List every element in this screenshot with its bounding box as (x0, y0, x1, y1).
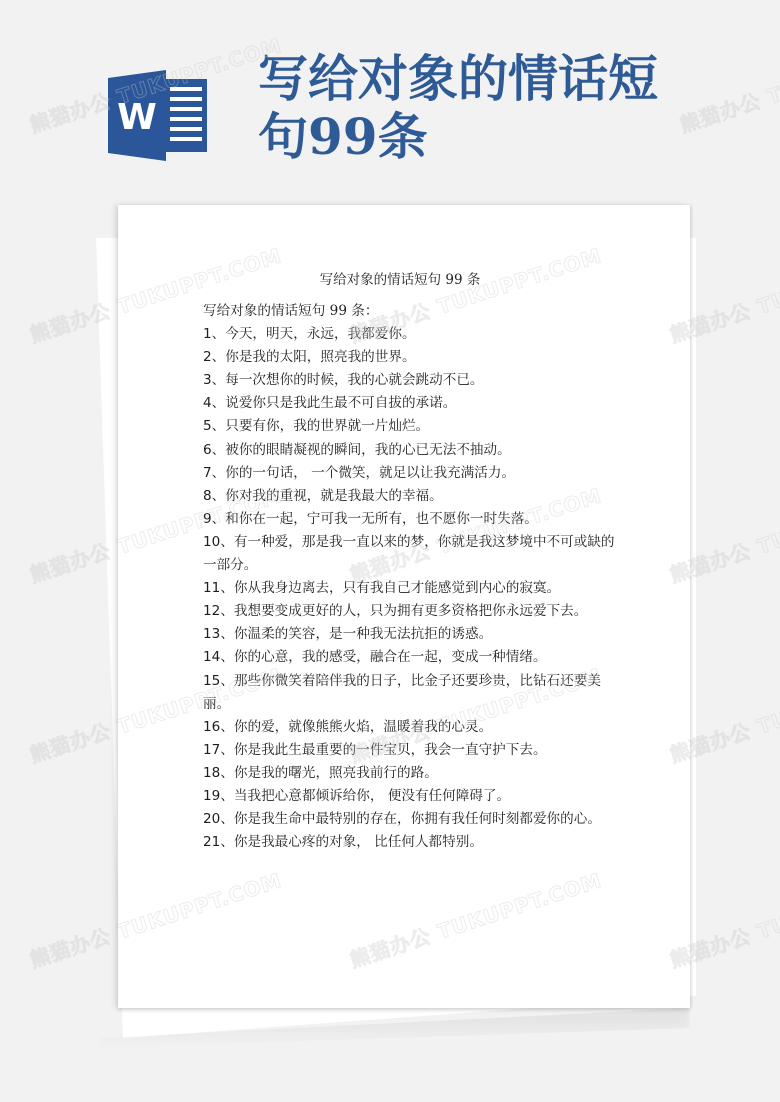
item-text: 、你是我最心疼的对象， 比任何人都特别。 (220, 834, 483, 850)
header: W 写给对象的情话短句99条 (0, 0, 780, 190)
list-item: 19、当我把心意都倾诉给你， 便没有任何障碍了。 (203, 785, 618, 808)
item-text: 、你对我的重视，就是我最大的幸福。 (212, 488, 443, 504)
list-item: 5、只要有你，我的世界就一片灿烂。 (203, 415, 618, 438)
item-text: 、当我把心意都倾诉给你， 便没有任何障碍了。 (220, 788, 510, 804)
item-number: 3 (203, 372, 212, 388)
list-item: 15、那些你微笑着陪伴我的日子，比金子还要珍贵，比钻石还要美丽。 (203, 670, 618, 716)
list-item: 7、你的一句话， 一个微笑，就足以让我充满活力。 (203, 462, 618, 485)
item-number: 7 (203, 465, 212, 481)
item-number: 2 (203, 349, 212, 365)
item-number: 20 (203, 811, 220, 827)
item-number: 9 (203, 511, 212, 527)
list-item: 8、你对我的重视，就是我最大的幸福。 (203, 485, 618, 508)
item-number: 6 (203, 442, 212, 458)
item-text: 、今天，明天，永远，我都爱你。 (212, 326, 416, 342)
item-number: 21 (203, 834, 220, 850)
item-number: 14 (203, 649, 220, 665)
list-item: 9、和你在一起，宁可我一无所有，也不愿你一时失落。 (203, 508, 618, 531)
item-text: 、你的一句话， 一个微笑，就足以让我充满活力。 (212, 465, 515, 481)
item-text: 、被你的眼睛凝视的瞬间，我的心已无法不抽动。 (212, 442, 511, 458)
item-text: 、只要有你，我的世界就一片灿烂。 (212, 418, 430, 434)
item-text: 、你是我的曙光，照亮我前行的路。 (220, 765, 438, 781)
list-item: 17、你是我此生最重要的一件宝贝，我会一直守护下去。 (203, 739, 618, 762)
list-item: 2、你是我的太阳，照亮我的世界。 (203, 346, 618, 369)
item-text: 、和你在一起，宁可我一无所有，也不愿你一时失落。 (212, 511, 538, 527)
word-icon: W (108, 68, 210, 162)
item-list: 1、今天，明天，永远，我都爱你。2、你是我的太阳，照亮我的世界。3、每一次想你的… (203, 323, 618, 854)
item-number: 5 (203, 418, 212, 434)
item-number: 4 (203, 395, 212, 411)
list-item: 10、有一种爱，那是我一直以来的梦，你就是我这梦境中不可或缺的一部分。 (203, 531, 618, 577)
item-text: 、你是我的太阳，照亮我的世界。 (212, 349, 416, 365)
list-item: 4、说爱你只是我此生最不可自拔的承诺。 (203, 392, 618, 415)
item-text: 、我想要变成更好的人，只为拥有更多资格把你永远爱下去。 (220, 603, 587, 619)
item-number: 10 (203, 534, 220, 550)
item-text: 、你是我生命中最特别的存在，你拥有我任何时刻都爱你的心。 (220, 811, 601, 827)
item-number: 12 (203, 603, 220, 619)
item-text: 、你是我此生最重要的一件宝贝，我会一直守护下去。 (220, 742, 546, 758)
svg-text:W: W (117, 97, 157, 138)
item-text: 、你的心意，我的感受，融合在一起，变成一种情绪。 (220, 649, 546, 665)
page-title: 写给对象的情话短句99条 (258, 50, 698, 166)
item-text: 、每一次想你的时候，我的心就会跳动不已。 (212, 372, 484, 388)
item-text: 、你的爱，就像熊熊火焰，温暖着我的心灵。 (220, 719, 492, 735)
list-item: 21、你是我最心疼的对象， 比任何人都特别。 (203, 831, 618, 854)
list-item: 6、被你的眼睛凝视的瞬间，我的心已无法不抽动。 (203, 439, 618, 462)
item-number: 16 (203, 719, 220, 735)
item-text: 、有一种爱，那是我一直以来的梦，你就是我这梦境中不可或缺的一部分。 (203, 534, 615, 573)
item-number: 11 (203, 580, 220, 596)
item-number: 19 (203, 788, 220, 804)
document-page: 写给对象的情话短句 99 条 写给对象的情话短句 99 条： 1、今天，明天，永… (118, 205, 690, 1008)
item-text: 、你温柔的笑容，是一种我无法抗拒的诱惑。 (220, 626, 492, 642)
list-item: 20、你是我生命中最特别的存在，你拥有我任何时刻都爱你的心。 (203, 808, 618, 831)
item-text: 、你从我身边离去，只有我自己才能感觉到内心的寂寞。 (220, 580, 560, 596)
list-item: 3、每一次想你的时候，我的心就会跳动不已。 (203, 369, 618, 392)
document-body: 写给对象的情话短句 99 条： 1、今天，明天，永远，我都爱你。2、你是我的太阳… (203, 300, 618, 854)
list-item: 11、你从我身边离去，只有我自己才能感觉到内心的寂寞。 (203, 577, 618, 600)
list-item: 13、你温柔的笑容，是一种我无法抗拒的诱惑。 (203, 623, 618, 646)
document-intro: 写给对象的情话短句 99 条： (203, 300, 618, 323)
item-number: 13 (203, 626, 220, 642)
item-number: 17 (203, 742, 220, 758)
item-number: 18 (203, 765, 220, 781)
list-item: 18、你是我的曙光，照亮我前行的路。 (203, 762, 618, 785)
item-text: 、说爱你只是我此生最不可自拔的承诺。 (212, 395, 457, 411)
document-heading: 写给对象的情话短句 99 条 (114, 268, 686, 288)
list-item: 16、你的爱，就像熊熊火焰，温暖着我的心灵。 (203, 716, 618, 739)
item-number: 8 (203, 488, 212, 504)
list-item: 14、你的心意，我的感受，融合在一起，变成一种情绪。 (203, 646, 618, 669)
item-number: 15 (203, 673, 220, 689)
list-item: 1、今天，明天，永远，我都爱你。 (203, 323, 618, 346)
item-number: 1 (203, 326, 212, 342)
item-text: 、那些你微笑着陪伴我的日子，比金子还要珍贵，比钻石还要美丽。 (203, 673, 601, 712)
list-item: 12、我想要变成更好的人，只为拥有更多资格把你永远爱下去。 (203, 600, 618, 623)
